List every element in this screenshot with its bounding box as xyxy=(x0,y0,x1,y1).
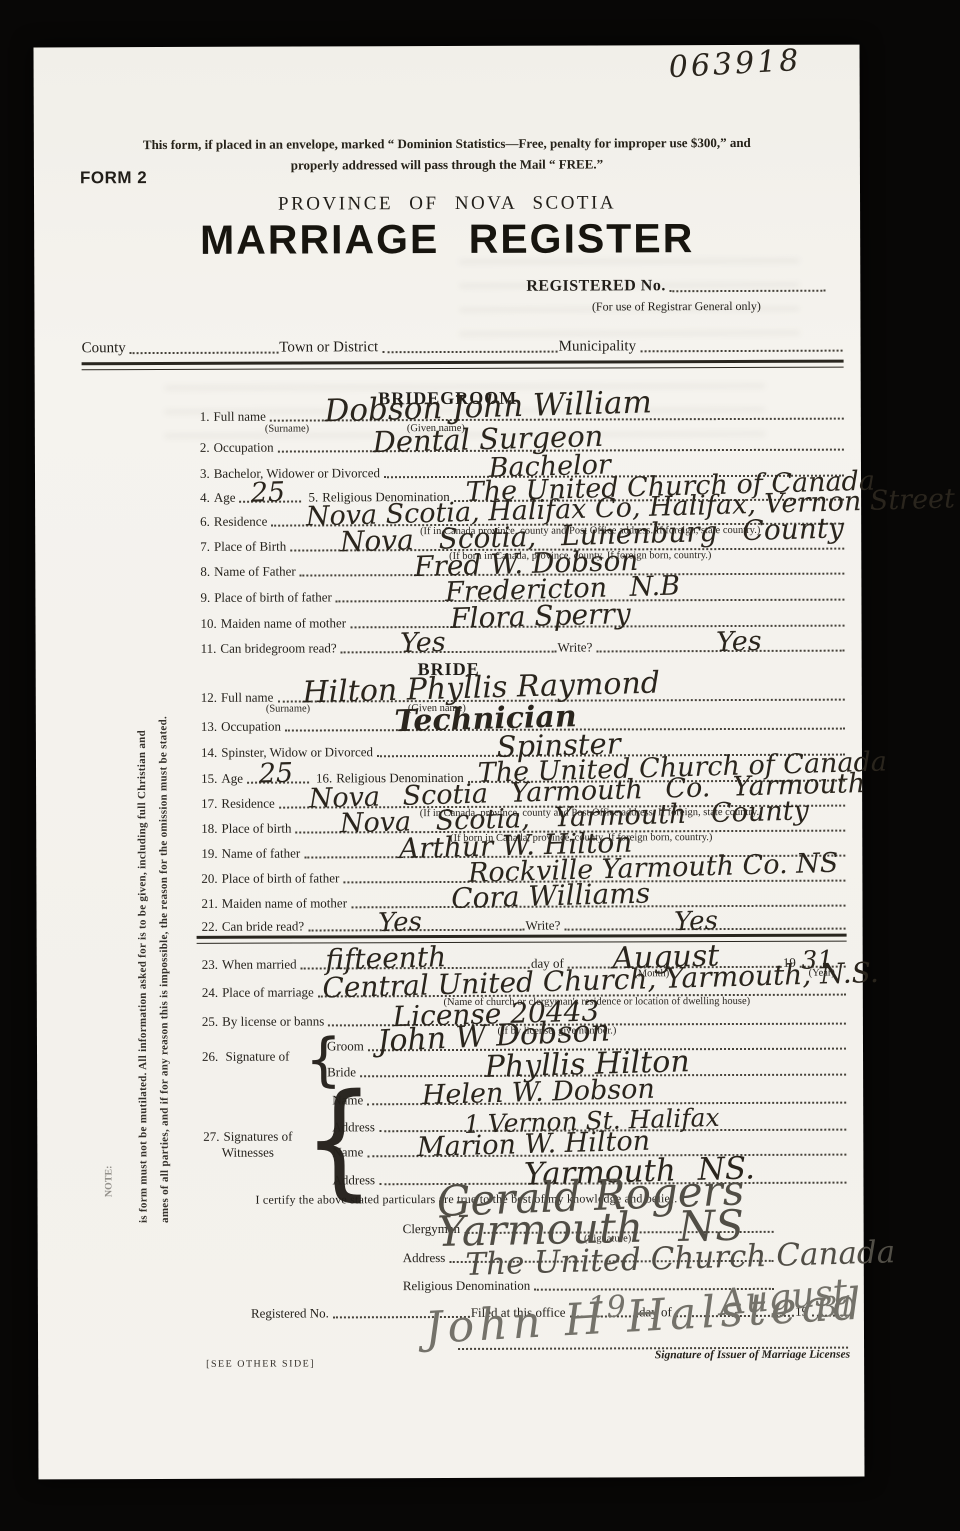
bride-signature-line: Phyllis Hilton xyxy=(360,1072,846,1078)
groom-age-handwritten: 25 xyxy=(251,482,286,506)
field-groom-father-name: 8. Name of Father Fred W. Dobson xyxy=(200,562,845,580)
year-prefix-bottom: 19 xyxy=(795,1304,808,1320)
groom-can-read-handwritten: Yes xyxy=(400,632,446,656)
field-bride-father-name: 19. Name of father Arthur W. Hilton xyxy=(201,844,846,862)
field-label: Place of birth of father xyxy=(214,589,332,605)
signature-of-label-row: 26. Signature of xyxy=(202,1049,289,1065)
issuer-signature-subcaption: Signature of Issuer of Marriage Licenses xyxy=(578,1349,850,1362)
field-groom-father-birthplace: 9. Place of birth of father Fredericton … xyxy=(200,588,845,606)
field-number: 25. xyxy=(202,1014,218,1030)
field-label: Residence xyxy=(221,796,274,812)
field-number: 1. xyxy=(200,409,210,425)
groom-can-write-handwritten: Yes xyxy=(716,631,762,655)
year-bottom-line: 31 xyxy=(812,1313,847,1317)
field-number: 17. xyxy=(201,796,217,812)
write-line: Yes xyxy=(564,926,845,931)
given-name-subcaption: (Given name) xyxy=(408,703,466,714)
field-number: 27. xyxy=(203,1129,219,1144)
witness2-address-line: Yarmouth NS. xyxy=(379,1180,846,1186)
municipality-line xyxy=(640,348,842,353)
field-label: Name of Father xyxy=(214,564,296,580)
witness1-name-line: Helen W. Dobson xyxy=(367,1100,846,1106)
field-bride-occupation: 13. Occupation Technician xyxy=(201,717,846,735)
field-line: The United Church of Canada xyxy=(454,497,844,502)
field-label: Religious Denomination xyxy=(336,770,464,786)
witness2-name-handwritten: Marion W. Hilton xyxy=(417,1131,651,1160)
surname-subcaption: (Surname) xyxy=(266,703,310,714)
residence-subcaption: (If in Canada, province, county and Post… xyxy=(356,807,826,820)
field-number: 5. xyxy=(308,489,318,505)
field-number: 12. xyxy=(201,690,217,706)
field-clergyman-address: Address xyxy=(403,1249,775,1266)
field-number: 3. xyxy=(200,466,210,482)
field-number: 16. xyxy=(316,770,332,786)
field-label: Religious Denomination xyxy=(322,489,450,505)
field-label: Place of birth xyxy=(221,821,291,837)
field-number: 15. xyxy=(201,771,217,787)
filed-year-handwritten: 31 xyxy=(819,1295,855,1320)
witness1-name-handwritten: Helen W. Dobson xyxy=(422,1079,656,1108)
field-bride-read-write: 22. Can bride read? Yes Write? Yes xyxy=(202,917,847,935)
field-label: Name of father xyxy=(222,846,301,862)
witness2-name-line: Marion W. Hilton xyxy=(367,1152,846,1158)
read-line: Yes xyxy=(341,649,557,654)
field-witness2-name: Name Marion W. Hilton xyxy=(332,1143,847,1161)
field-line: Bachelor xyxy=(384,473,844,479)
field-label: Occupation xyxy=(214,440,274,456)
field-line: Spinster xyxy=(377,752,845,758)
double-rule-top xyxy=(82,360,844,371)
location-row: County Town or District Municipality xyxy=(82,338,844,358)
field-number: 21. xyxy=(201,896,217,912)
write-label: Write? xyxy=(557,639,592,655)
field-groom-marital-status: 3. Bachelor, Widower or Divorced Bachelo… xyxy=(200,464,845,482)
field-number: 20. xyxy=(201,871,217,887)
registered-no-row: REGISTERED No. xyxy=(526,277,826,296)
field-label: Place of Birth xyxy=(214,539,286,555)
field-label: Full name xyxy=(214,409,266,425)
field-line: Rockville Yarmouth Co. NS xyxy=(343,878,845,884)
field-line: Dental Surgeon xyxy=(278,447,844,453)
witness-address-label: Address xyxy=(332,1119,375,1135)
field-label: Occupation xyxy=(221,719,281,735)
scanned-page-background: 063918 This form, if placed in an envelo… xyxy=(0,0,960,1531)
bride-can-write-handwritten: Yes xyxy=(674,910,718,933)
field-bride-marital-status: 14. Spinster, Widow or Divorced Spinster xyxy=(201,743,846,761)
field-label: Age xyxy=(214,490,236,506)
bride-can-read-handwritten: Yes xyxy=(378,911,422,934)
field-line: Hilton Phyllis Raymond xyxy=(277,697,844,703)
field-number: 13. xyxy=(201,719,217,735)
residence-subcaption: (If in Canada province, county and Post … xyxy=(355,525,825,538)
field-label: Age xyxy=(221,771,243,787)
field-registration-office: Registered No. Filed at this office 19 d… xyxy=(251,1304,848,1322)
field-number: 8. xyxy=(200,564,210,580)
day-of-label: day of xyxy=(531,956,564,972)
field-label: Can bride read? xyxy=(222,919,304,935)
county-line xyxy=(130,350,278,355)
see-other-side-note: [SEE OTHER SIDE] xyxy=(206,1358,315,1369)
witness-name-label: Name xyxy=(332,1144,363,1160)
field-line: The United Church of Canada xyxy=(468,778,845,783)
clergyman-address-label: Address xyxy=(403,1250,446,1266)
field-number: 18. xyxy=(201,821,217,837)
field-line: Dobson John William xyxy=(270,416,844,422)
field-number: 6. xyxy=(200,514,210,530)
field-line: Cora Williams xyxy=(351,903,845,909)
field-number: 26. xyxy=(202,1049,218,1064)
registered-no-bottom-line xyxy=(333,1314,470,1318)
bride-marital-status-handwritten: Spinster xyxy=(496,732,621,760)
field-number: 14. xyxy=(201,745,217,761)
mail-notice-line2: properly addressed will pass through the… xyxy=(34,156,860,175)
field-when-married: 23. When married fifteenth day of August… xyxy=(202,955,847,973)
province-heading: PROVINCE OF NOVA SCOTIA xyxy=(34,192,860,217)
marriage-day-handwritten: fifteenth xyxy=(325,945,446,972)
field-number: 24. xyxy=(202,985,218,1001)
field-label: When married xyxy=(222,957,297,973)
license-subcaption: (If by license, give number.) xyxy=(432,1025,682,1037)
field-number: 9. xyxy=(200,590,210,606)
field-number: 11. xyxy=(201,641,217,657)
witnesses-label-block: 27.Signatures of Witnesses xyxy=(195,1129,300,1162)
field-groom-full-name: 1. Full name Dobson John William xyxy=(200,407,845,425)
municipality-label: Municipality xyxy=(559,338,637,355)
field-number: 7. xyxy=(200,539,210,555)
clergyman-label: Clergyman xyxy=(403,1221,461,1237)
write-label: Write? xyxy=(525,918,560,934)
field-bride-father-birthplace: 20. Place of birth of father Rockville Y… xyxy=(201,869,846,887)
marriage-register-form-paper: 063918 This form, if placed in an envelo… xyxy=(34,45,865,1480)
groom-marital-status-handwritten: Bachelor xyxy=(488,455,611,481)
clergyman-signature-subcaption: (Signature) xyxy=(508,1233,708,1245)
bride-mother-name-handwritten: Cora Williams xyxy=(450,882,650,911)
clergyman-address-line xyxy=(449,1258,773,1263)
registered-no-bottom-label: Registered No. xyxy=(251,1305,329,1321)
county-label: County xyxy=(82,340,126,357)
day-of-bottom-label: day of xyxy=(639,1304,672,1320)
field-number: 4. xyxy=(200,490,210,506)
filed-day-handwritten: 19 xyxy=(587,1294,626,1321)
place-of-marriage-subcaption: (Name of church or clergyman's residence… xyxy=(377,996,817,1009)
field-label: Bachelor, Widower or Divorced xyxy=(214,465,380,482)
field-witness1-name: Name Helen W. Dobson xyxy=(332,1091,847,1109)
witness1-address-handwritten: 1 Vernon St. Halifax xyxy=(463,1107,719,1135)
write-line: Yes xyxy=(596,648,844,653)
bride-age-handwritten: 25 xyxy=(258,763,293,787)
month-bottom-line: August xyxy=(676,1313,794,1317)
double-rule-middle xyxy=(197,934,847,944)
field-bride-signature: Bride Phyllis Hilton xyxy=(327,1063,847,1081)
month-subcaption: (Month) xyxy=(597,968,707,979)
clergyman-denomination-line xyxy=(534,1286,774,1291)
filed-line: 19 xyxy=(570,1313,638,1317)
margin-note-label: NOTE: xyxy=(103,1165,114,1197)
field-label: Can bridegroom read? xyxy=(220,640,336,656)
field-line: Flora Sperry xyxy=(350,623,844,629)
field-groom-signature: Groom John W Dobson xyxy=(327,1037,847,1055)
witness2-address-handwritten: Yarmouth NS. xyxy=(523,1155,754,1188)
witness1-address-line: 1 Vernon St. Halifax xyxy=(379,1127,846,1133)
field-number: 10. xyxy=(200,616,216,632)
field-number: 19. xyxy=(201,846,217,862)
filed-label: Filed at this office xyxy=(471,1305,566,1321)
field-label: Spinster, Widow or Divorced xyxy=(221,744,373,761)
read-line: Yes xyxy=(308,927,524,932)
field-label2: Witnesses xyxy=(195,1145,300,1162)
field-label: Maiden name of mother xyxy=(222,895,347,911)
form-number: FORM 2 xyxy=(80,168,147,188)
serial-number-handwritten: 063918 xyxy=(668,48,802,81)
registered-no-subcaption: (For use of Registrar General only) xyxy=(526,299,826,315)
form-title: MARRIAGE REGISTER xyxy=(34,215,860,265)
field-groom-age-denomination: 4. Age 25 5. Religious Denomination The … xyxy=(200,488,845,506)
day-line: fifteenth xyxy=(301,965,530,970)
field-label: Maiden name of mother xyxy=(221,615,346,631)
groom-signature-label: Groom xyxy=(327,1038,364,1054)
field-clergyman-denomination: Religious Denomination xyxy=(403,1277,775,1294)
field-groom-read-write: 11. Can bridegroom read? Yes Write? Yes xyxy=(201,639,846,657)
field-line: Fred W. Dobson xyxy=(300,571,845,577)
field-line: Arthur W. Hilton xyxy=(304,853,845,859)
age-line: 25 xyxy=(247,779,309,783)
field-label: Signature of xyxy=(225,1049,289,1064)
field-witness1-address: Address 1 Vernon St. Halifax xyxy=(332,1118,847,1136)
birthplace-subcaption: (If born in Canada, province, county. If… xyxy=(366,832,796,845)
field-label: Place of birth of father xyxy=(222,870,340,886)
surname-subcaption: (Surname) xyxy=(265,423,309,434)
mail-notice-line1: This form, if placed in an envelope, mar… xyxy=(34,135,860,154)
field-label: Place of marriage xyxy=(222,984,314,1000)
field-label: Residence xyxy=(214,514,267,530)
field-number: 22. xyxy=(202,919,218,935)
field-bride-age-denomination: 15. Age 25 16. Religious Denomination Th… xyxy=(201,769,846,787)
field-line: Fredericton N.B xyxy=(336,597,845,603)
field-witness2-address: Address Yarmouth NS. xyxy=(332,1171,847,1189)
given-name-subcaption: (Given name) xyxy=(407,423,465,434)
field-line: Technician xyxy=(285,726,845,732)
certification-statement: I certify the above stated particulars a… xyxy=(256,1191,678,1207)
field-groom-mother-name: 10. Maiden name of mother Flora Sperry xyxy=(200,614,845,632)
groom-father-birthplace-handwritten: Fredericton N.B xyxy=(445,576,681,605)
year-subcaption: (Year) xyxy=(792,968,852,979)
registered-no-line xyxy=(670,288,826,293)
town-district-label: Town or District xyxy=(279,339,378,356)
groom-signature-line: John W Dobson xyxy=(368,1046,846,1052)
field-number: 2. xyxy=(200,440,210,456)
section-heading-bride: BRIDE xyxy=(36,658,862,682)
age-line: 25 xyxy=(240,499,302,503)
witness-address-label: Address xyxy=(332,1172,375,1188)
town-district-line xyxy=(382,349,557,354)
field-number: 23. xyxy=(202,957,218,973)
birthplace-subcaption: (If born in Canada, province, county. If… xyxy=(365,550,795,563)
witness-name-label: Name xyxy=(332,1092,363,1108)
registered-no-label: REGISTERED No. xyxy=(526,277,666,295)
groom-mother-name-handwritten: Flora Sperry xyxy=(449,602,630,631)
field-bride-mother-name: 21. Maiden name of mother Cora Williams xyxy=(201,894,846,912)
field-groom-occupation: 2. Occupation Dental Surgeon xyxy=(200,438,845,456)
field-label: Signatures of xyxy=(223,1129,292,1144)
clergyman-denomination-label: Religious Denomination xyxy=(403,1278,531,1294)
